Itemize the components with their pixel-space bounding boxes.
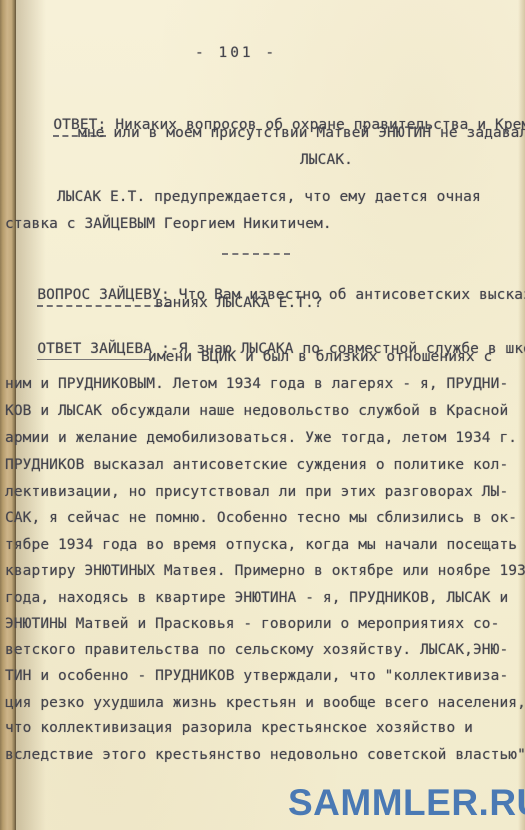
question-label: ВОПРОС ЗАЙЦЕВУ: [37, 287, 169, 307]
answer-zaitsev-body-line: армии и желание демобилизоваться. Уже то… [5, 429, 517, 448]
answer-zaitsev-label: ОТВЕТ ЗАЙЦЕВА [37, 341, 152, 360]
page-number: - 101 - [195, 44, 277, 63]
answer-zaitsev-body-line: КОВ и ЛЫСАК обсуждали наше недовольство … [5, 402, 508, 421]
sammler-watermark: SAMMLER.RU [288, 782, 525, 824]
notice-line-2: ставка с ЗАЙЦЕВЫМ Георгием Никитичем. [5, 215, 332, 234]
answer-zaitsev-line-2: имени ВЦИК и был в близких отношениях с [148, 348, 492, 367]
answer-zaitsev-body-line: ПРУДНИКОВ высказал антисоветские суждени… [5, 456, 508, 475]
document-scan-page: - 101 - ОТВЕТ:Никаких вопросов об охране… [0, 0, 525, 830]
answer-zaitsev-body-line: года, находясь в квартире ЭНЮТИНА - я, П… [5, 589, 508, 608]
answer-zaitsev-body-line: ция резко ухудшила жизнь крестьян и вооб… [5, 694, 525, 713]
answer-zaitsev-body-line: САК, я сейчас не помню. Особенно тесно м… [5, 509, 517, 528]
answer-zaitsev-body-line: ним и ПРУДНИКОВЫМ. Летом 1934 года в лаг… [5, 375, 508, 394]
answer-lysak-line-2: мне или в моем присутствии Матвей ЭНЮТИН… [78, 124, 525, 143]
answer-zaitsev-body-line: ЭНЮТИНЫ Матвей и Прасковья - говорили о … [5, 615, 499, 634]
answer-zaitsev-body-line: вследствие этого крестьянство недовольно… [5, 746, 525, 765]
answer-zaitsev-body-line: квартиру ЭНЮТИНЫХ Матвея. Примерно в окт… [5, 562, 525, 581]
answer-zaitsev-body-line: что коллективизация разорила крестьянско… [5, 719, 473, 738]
answer-zaitsev-body-line: тябре 1934 года во время отпуска, когда … [5, 536, 517, 555]
answer-zaitsev-body-line: лективизации, но присутствовал ли при эт… [5, 483, 508, 502]
answer-zaitsev-body-line: ТИН и особенно - ПРУДНИКОВ утверждали, ч… [5, 667, 508, 686]
answer-zaitsev-body-line: ветского правительства по сельскому хозя… [5, 641, 508, 660]
question-line-2: ваниях ЛЫСАКА Е.Т.? [155, 294, 323, 313]
answer-lysak-signature: ЛЫСАК. [300, 151, 353, 170]
notice-line-1: ЛЫСАК Е.Т. предупреждается, что ему дает… [57, 188, 481, 207]
typed-separator-line [222, 253, 290, 255]
